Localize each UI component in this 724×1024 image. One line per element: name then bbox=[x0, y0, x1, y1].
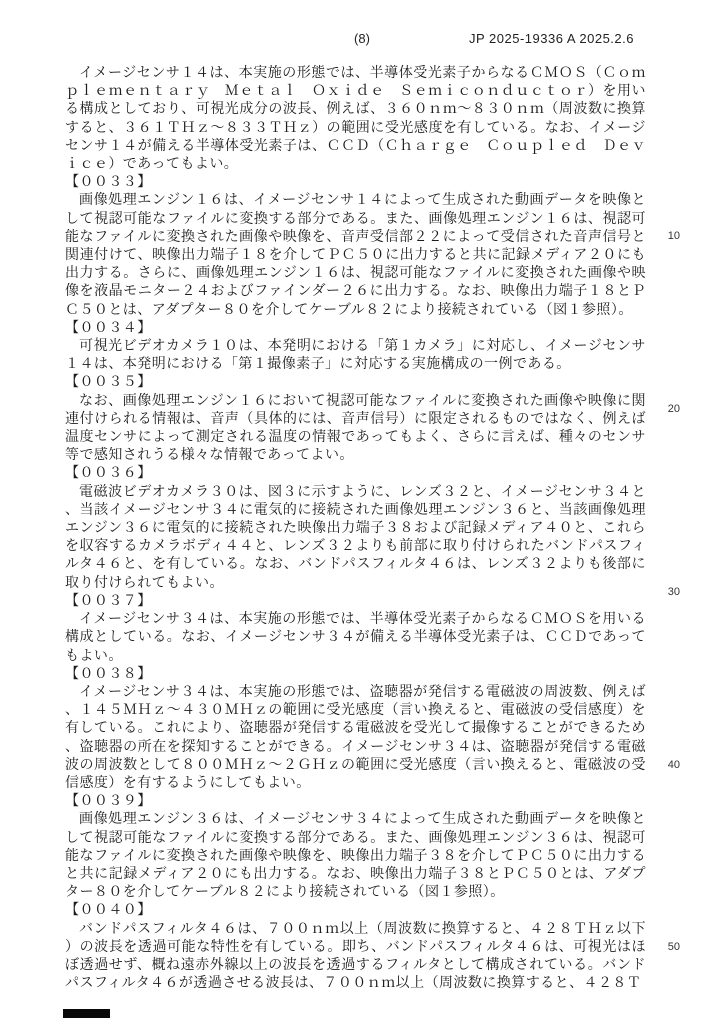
paragraph-text: なお、画像処理エンジン１６において視認可能なファイルに変換された画像や映像に関連… bbox=[65, 391, 646, 464]
paragraph-number-tag: 【００３３】 bbox=[65, 172, 646, 190]
paragraph-text: イメージセンサ１４は、本実施の形態では、半導体受光素子からなるＣＭＯＳ（Ｃｏｍｐ… bbox=[65, 63, 646, 172]
paragraph-number-tag: 【００３６】 bbox=[65, 463, 646, 481]
scan-mark bbox=[63, 1009, 110, 1018]
paragraph-number-tag: 【００３９】 bbox=[65, 791, 646, 809]
line-number: 30 bbox=[656, 586, 680, 598]
paragraph-text: 可視光ビデオカメラ１０は、本発明における「第１カメラ」に対応し、イメージセンサ１… bbox=[65, 336, 646, 372]
paragraph-number-tag: 【００３５】 bbox=[65, 372, 646, 390]
patent-document-page: (8) JP 2025-19336 A 2025.2.6 イメージセンサ１４は、… bbox=[0, 0, 724, 1024]
paragraph-text: 画像処理エンジン３６は、イメージセンサ３４によって生成された動画データを映像とし… bbox=[65, 809, 646, 900]
paragraph-text: 画像処理エンジン１６は、イメージセンサ１４によって生成された動画データを映像とし… bbox=[65, 190, 646, 317]
paragraph-text: イメージセンサ３４は、本実施の形態では、半導体受光素子からなるＣＭＯＳを用いる構… bbox=[65, 609, 646, 664]
paragraph-text: 電磁波ビデオカメラ３０は、図３に示すように、レンズ３２と、イメージセンサ３４と、… bbox=[65, 482, 646, 591]
line-number: 10 bbox=[656, 230, 680, 242]
line-number: 40 bbox=[656, 759, 680, 771]
document-body: イメージセンサ１４は、本実施の形態では、半導体受光素子からなるＣＭＯＳ（Ｃｏｍｐ… bbox=[65, 63, 646, 991]
line-number: 20 bbox=[656, 403, 680, 415]
paragraph-number-tag: 【００３７】 bbox=[65, 591, 646, 609]
paragraph-text: イメージセンサ３４は、本実施の形態では、盗聴器が発信する電磁波の周波数、例えば、… bbox=[65, 682, 646, 791]
paragraph-number-tag: 【００３４】 bbox=[65, 318, 646, 336]
line-number: 50 bbox=[656, 941, 680, 953]
publication-number: JP 2025-19336 A 2025.2.6 bbox=[469, 31, 634, 46]
paragraph-text: バンドパスフィルタ４６は、７００ｎｍ以上（周波数に換算すると、４２８ＴＨｚ以下）… bbox=[65, 919, 646, 992]
paragraph-number-tag: 【００３８】 bbox=[65, 664, 646, 682]
paragraph-number-tag: 【００４０】 bbox=[65, 900, 646, 918]
